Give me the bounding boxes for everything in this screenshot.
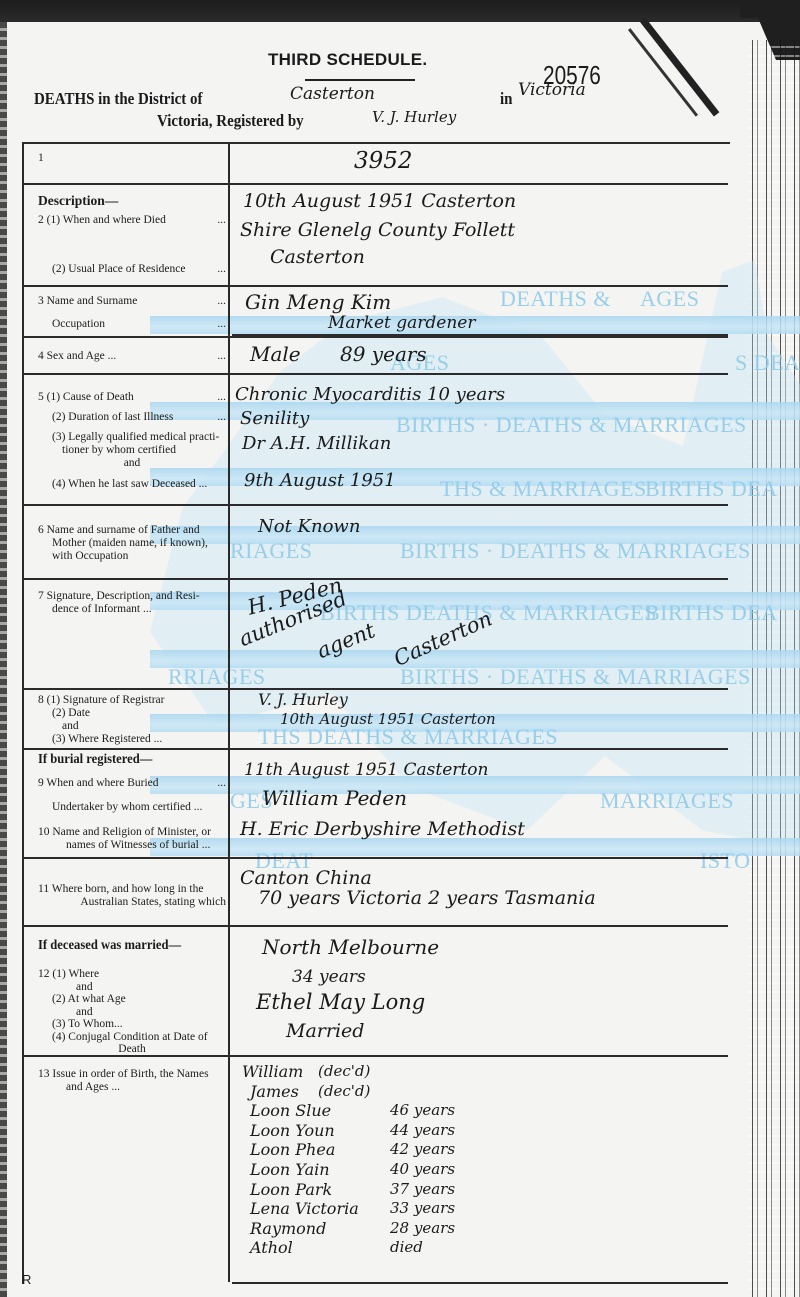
row-divider: [24, 504, 728, 506]
field-11-label: 11 Where born, and how long in the Austr…: [38, 883, 226, 909]
field-8-label: 8 (1) Signature of Registrar (2) Date an…: [38, 694, 226, 746]
field-12-label: 12 (1) Where and (2) At what Age and (3)…: [38, 968, 226, 1056]
field-3-occupation-value: Market gardener: [328, 313, 476, 333]
field-11-value-line2: 70 years Victoria 2 years Tasmania: [258, 887, 596, 909]
field-4-label: 4 Sex and Age ......: [38, 350, 226, 363]
field-9-undertaker-label: Undertaker by whom certified ...: [38, 801, 226, 814]
issue-child-name: Loon Slue: [250, 1101, 331, 1120]
issue-child-name: Loon Youn: [250, 1121, 335, 1140]
field-10-label: 10 Name and Religion of Minister, or nam…: [38, 826, 226, 852]
row-divider: [24, 336, 728, 338]
field-3-name-label: 3 Name and Surname...: [38, 295, 226, 308]
field-7-label: 7 Signature, Description, and Resi- denc…: [38, 590, 226, 616]
field-4-age-value: 89 years: [340, 342, 427, 366]
document-title: THIRD SCHEDULE.: [268, 50, 427, 70]
title-underline: [305, 79, 415, 81]
field-8-signature-value: V. J. Hurley: [258, 690, 348, 709]
issue-child-name: Loon Yain: [250, 1160, 330, 1179]
field-3-occupation-label: Occupation...: [38, 318, 226, 331]
district-value: Casterton: [290, 84, 375, 104]
state-value: Victoria: [518, 80, 586, 100]
issue-child-name: William: [242, 1062, 303, 1081]
row-divider: [24, 748, 728, 750]
field-4-sex-value: Male: [250, 342, 301, 366]
scan-left-edge: [0, 22, 7, 1297]
issue-child-name: James: [250, 1082, 299, 1101]
field-10-value: H. Eric Derbyshire Methodist: [240, 818, 525, 840]
row-divider: [24, 285, 728, 287]
row-divider: [24, 925, 728, 927]
field-2-2-value: Casterton: [270, 246, 365, 268]
heading-prefix: DEATHS in the District of: [34, 89, 202, 108]
field-5-1-value: Chronic Myocarditis 10 years: [235, 384, 505, 405]
row-divider: [24, 578, 728, 580]
row-divider: [24, 688, 728, 690]
field-1-label: 1: [38, 152, 226, 165]
watermark-text: S DEA: [735, 350, 800, 376]
field-6-label: 6 Name and surname of Father and Mother …: [38, 524, 226, 563]
registrar-value: V. J. Hurley: [372, 108, 456, 126]
field-9-undertaker-value: William Peden: [262, 786, 407, 810]
issue-child-age: 37 years: [390, 1180, 455, 1198]
field-12-whom-value: Ethel May Long: [256, 990, 425, 1014]
field-8-date-place-value: 10th August 1951 Casterton: [280, 710, 496, 728]
heading-line-1: DEATHS in the District of: [34, 89, 202, 109]
issue-child-age: 40 years: [390, 1160, 455, 1178]
field-9-value: 11th August 1951 Casterton: [244, 760, 488, 780]
scan-top-edge: [0, 0, 800, 22]
field-12-age-value: 34 years: [292, 967, 366, 987]
issue-child-age: 44 years: [390, 1121, 455, 1139]
field-5-2-label: (2) Duration of last Illness...: [38, 411, 226, 424]
burial-heading: If burial registered—: [38, 752, 152, 768]
married-heading: If deceased was married—: [38, 938, 181, 954]
field-5-3-label: (3) Legally qualified medical practi- ti…: [38, 431, 226, 470]
issue-child-age: (dec'd): [318, 1082, 370, 1100]
issue-child-age: (dec'd): [318, 1062, 370, 1080]
field-2-1-value-line1: 10th August 1951 Casterton: [243, 190, 516, 212]
corner-stamp-mark: [640, 18, 719, 117]
footer-mark: R: [22, 1272, 31, 1287]
field-5-4-label: (4) When he last saw Deceased ...: [38, 478, 226, 491]
field-11-value-line1: Canton China: [240, 867, 372, 889]
field-5-3-value: Dr A.H. Millikan: [242, 433, 391, 454]
issue-child-name: Raymond: [250, 1219, 326, 1238]
row-divider: [24, 857, 728, 859]
field-2-1-label: 2 (1) When and where Died...: [38, 214, 226, 227]
field-13-label: 13 Issue in order of Birth, the Names an…: [38, 1068, 226, 1094]
issue-child-age: 46 years: [390, 1101, 455, 1119]
field-12-where-value: North Melbourne: [262, 935, 439, 959]
issue-child-name: Loon Phea: [250, 1140, 335, 1159]
field-9-label: 9 When and where Buried...: [38, 777, 226, 790]
issue-child-name: Loon Park: [250, 1180, 332, 1199]
column-divider: [228, 142, 230, 1282]
field-6-value: Not Known: [258, 516, 360, 537]
heading-line-2: Victoria, Registered by: [157, 111, 304, 131]
field-5-2-value: Senility: [240, 408, 309, 429]
field-5-4-value: 9th August 1951: [244, 470, 396, 491]
issue-child-age: 42 years: [390, 1140, 455, 1158]
field-2-2-label: (2) Usual Place of Residence...: [38, 263, 226, 276]
row-divider: [24, 373, 728, 375]
issue-child-name: Lena Victoria: [250, 1199, 359, 1218]
field-5-1-label: 5 (1) Cause of Death...: [38, 391, 226, 404]
issue-child-name: Athol: [250, 1238, 293, 1257]
heading-in: in: [500, 89, 512, 109]
issue-child-age: 28 years: [390, 1219, 455, 1237]
field-3-name-value: Gin Meng Kim: [245, 290, 391, 314]
issue-child-age: died: [390, 1238, 423, 1256]
field-2-1-value-line2: Shire Glenelg County Follett: [240, 219, 515, 241]
description-heading: Description—: [38, 194, 226, 207]
row-divider: [24, 183, 728, 185]
row-divider: [232, 1282, 728, 1284]
issue-child-age: 33 years: [390, 1199, 455, 1217]
field-1-value: 3952: [354, 148, 413, 174]
field-12-condition-value: Married: [286, 1020, 364, 1042]
